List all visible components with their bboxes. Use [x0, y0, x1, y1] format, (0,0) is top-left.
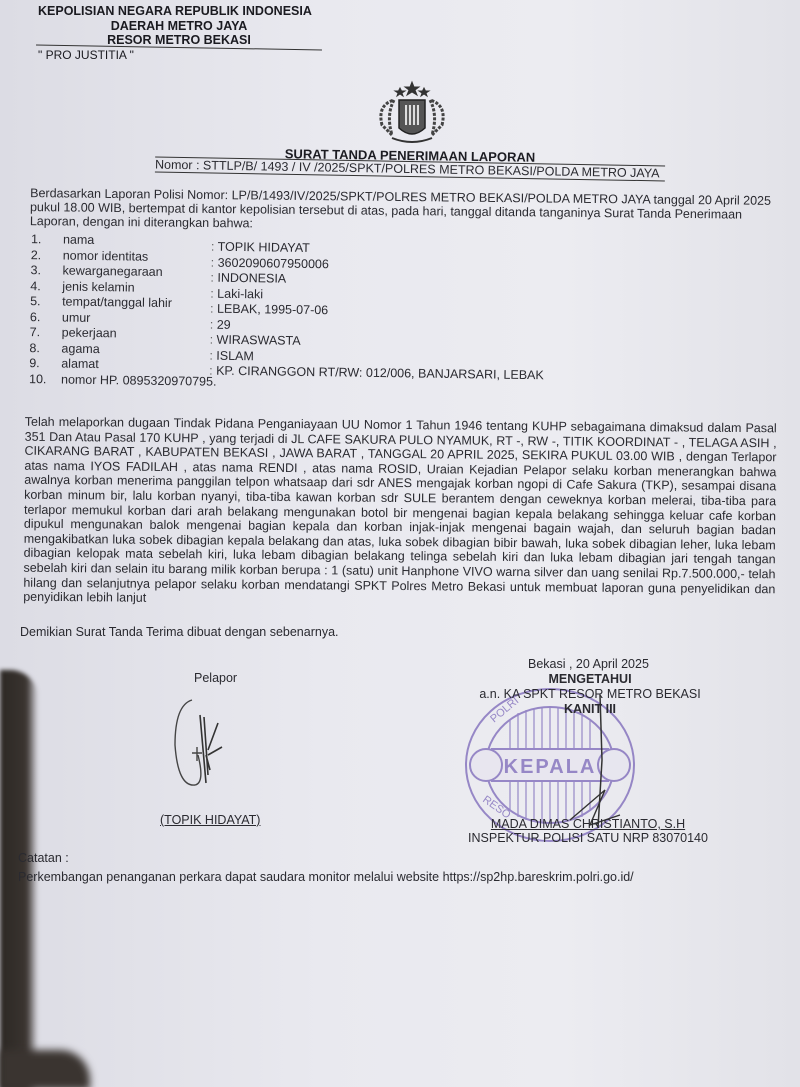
- officer-block: MADA DIMAS CHRISTIANTO, S.H INSPEKTUR PO…: [468, 817, 708, 845]
- reporter-label: Pelapor: [194, 671, 237, 685]
- finger-shadow-bottom: [0, 1050, 90, 1087]
- place-date: Bekasi , 20 April 2025: [528, 657, 649, 671]
- region-name: DAERAH METRO JAYA: [38, 19, 320, 34]
- report-description: Telah melaporkan dugaan Tindak Pidana Pe…: [23, 415, 777, 611]
- identity-list: 1. nama TOPIK HIDAYAT 2. nomor identitas…: [29, 232, 591, 395]
- acknowledged-label: MENGETAHUI: [470, 672, 710, 687]
- letterhead: KEPOLISIAN NEGARA REPUBLIK INDONESIA DAE…: [38, 4, 320, 48]
- reporter-signature-icon: [170, 695, 270, 795]
- notes-text: Perkembangan penanganan perkara dapat sa…: [18, 870, 634, 884]
- officer-rank: INSPEKTUR POLISI SATU NRP 83070140: [468, 831, 708, 845]
- officer-signature-icon: [560, 690, 640, 830]
- polri-emblem-icon: [372, 80, 452, 150]
- reporter-name: (TOPIK HIDAYAT): [160, 813, 260, 827]
- intro-paragraph: Berdasarkan Laporan Polisi Nomor: LP/B/1…: [30, 186, 778, 236]
- closing-statement: Demikian Surat Tanda Terima dibuat denga…: [20, 625, 339, 639]
- notes-label: Catatan :: [18, 851, 69, 865]
- institution-name: KEPOLISIAN NEGARA REPUBLIK INDONESIA: [38, 4, 320, 19]
- officer-name: MADA DIMAS CHRISTIANTO, S.H: [468, 817, 708, 831]
- classification-label: " PRO JUSTITIA ": [38, 48, 134, 62]
